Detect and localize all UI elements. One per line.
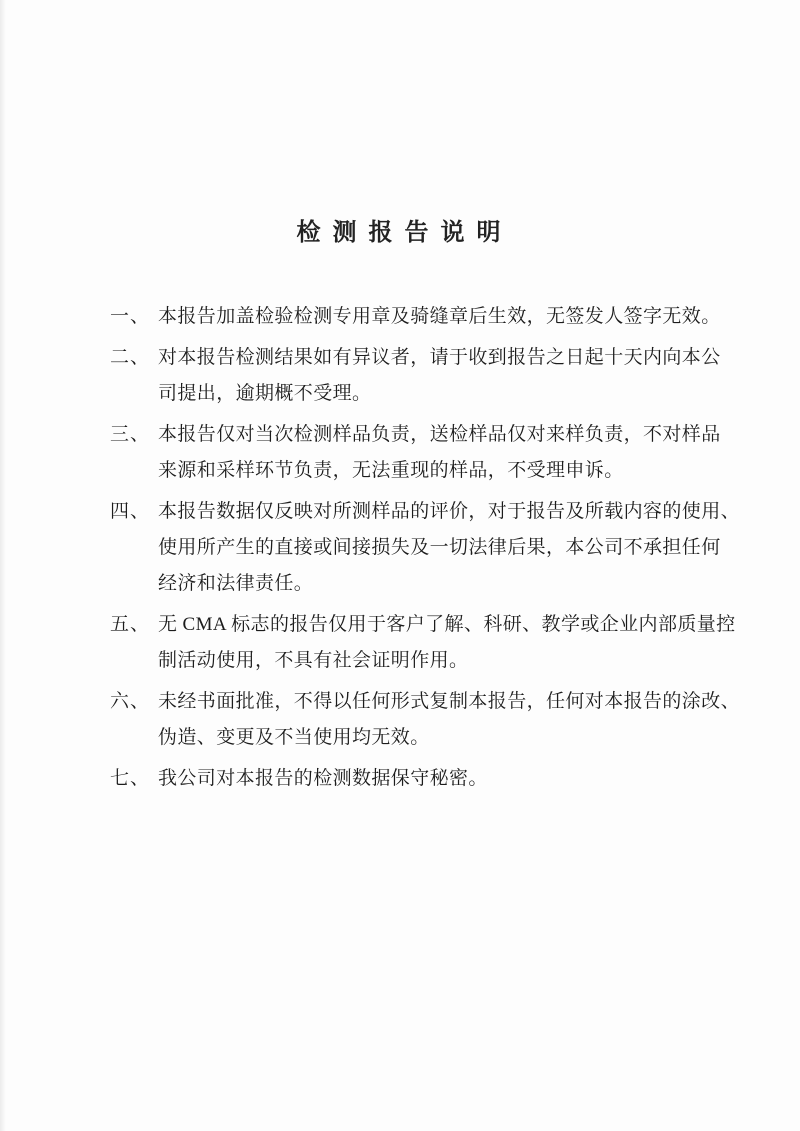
item-line: 伪造、变更及不当使用均无效。 [158, 720, 740, 756]
instruction-item-3: 三、 本报告仅对当次检测样品负责，送检样品仅对来样负责，不对样品 来源和采样环节… [110, 417, 740, 489]
item-text: 本报告加盖检验检测专用章及骑缝章后生效，无签发人签字无效。 [158, 299, 740, 335]
instruction-item-4: 四、 本报告数据仅反映对所测样品的评价，对于报告及所载内容的使用、 使用所产生的… [110, 494, 740, 602]
instruction-list: 一、 本报告加盖检验检测专用章及骑缝章后生效，无签发人签字无效。 二、 对本报告… [0, 299, 800, 797]
item-line: 未经书面批准，不得以任何形式复制本报告，任何对本报告的涂改、 [158, 684, 740, 720]
item-line: 使用所产生的直接或间接损失及一切法律后果，本公司不承担任何 [158, 530, 740, 566]
item-number: 一、 [110, 299, 158, 335]
item-number: 三、 [110, 417, 158, 453]
instruction-item-6: 六、 未经书面批准，不得以任何形式复制本报告，任何对本报告的涂改、 伪造、变更及… [110, 684, 740, 756]
report-notes-page: 检 测 报 告 说 明 一、 本报告加盖检验检测专用章及骑缝章后生效，无签发人签… [0, 0, 800, 1131]
item-text: 本报告仅对当次检测样品负责，送检样品仅对来样负责，不对样品 来源和采样环节负责，… [158, 417, 740, 489]
item-text: 未经书面批准，不得以任何形式复制本报告，任何对本报告的涂改、 伪造、变更及不当使… [158, 684, 740, 756]
item-number: 二、 [110, 340, 158, 376]
item-text: 对本报告检测结果如有异议者，请于收到报告之日起十天内向本公 司提出，逾期概不受理… [158, 340, 740, 412]
instruction-item-5: 五、 无 CMA 标志的报告仅用于客户了解、科研、教学或企业内部质量控 制活动使… [110, 607, 740, 679]
item-line: 本报告加盖检验检测专用章及骑缝章后生效，无签发人签字无效。 [158, 299, 740, 335]
item-line: 无 CMA 标志的报告仅用于客户了解、科研、教学或企业内部质量控 [158, 607, 740, 643]
item-number: 四、 [110, 494, 158, 530]
item-text: 本报告数据仅反映对所测样品的评价，对于报告及所载内容的使用、 使用所产生的直接或… [158, 494, 740, 602]
item-line: 对本报告检测结果如有异议者，请于收到报告之日起十天内向本公 [158, 340, 740, 376]
item-line: 司提出，逾期概不受理。 [158, 376, 740, 412]
item-line: 制活动使用，不具有社会证明作用。 [158, 643, 740, 679]
item-line: 本报告仅对当次检测样品负责，送检样品仅对来样负责，不对样品 [158, 417, 740, 453]
item-number: 六、 [110, 684, 158, 720]
item-line: 经济和法律责任。 [158, 566, 740, 602]
item-text: 我公司对本报告的检测数据保守秘密。 [158, 761, 740, 797]
instruction-item-7: 七、 我公司对本报告的检测数据保守秘密。 [110, 761, 740, 797]
item-number: 七、 [110, 761, 158, 797]
instruction-item-2: 二、 对本报告检测结果如有异议者，请于收到报告之日起十天内向本公 司提出，逾期概… [110, 340, 740, 412]
page-title: 检 测 报 告 说 明 [0, 0, 800, 247]
item-line: 来源和采样环节负责，无法重现的样品，不受理申诉。 [158, 453, 740, 489]
item-number: 五、 [110, 607, 158, 643]
instruction-item-1: 一、 本报告加盖检验检测专用章及骑缝章后生效，无签发人签字无效。 [110, 299, 740, 335]
item-line: 我公司对本报告的检测数据保守秘密。 [158, 761, 740, 797]
item-line: 本报告数据仅反映对所测样品的评价，对于报告及所载内容的使用、 [158, 494, 740, 530]
item-text: 无 CMA 标志的报告仅用于客户了解、科研、教学或企业内部质量控 制活动使用，不… [158, 607, 740, 679]
